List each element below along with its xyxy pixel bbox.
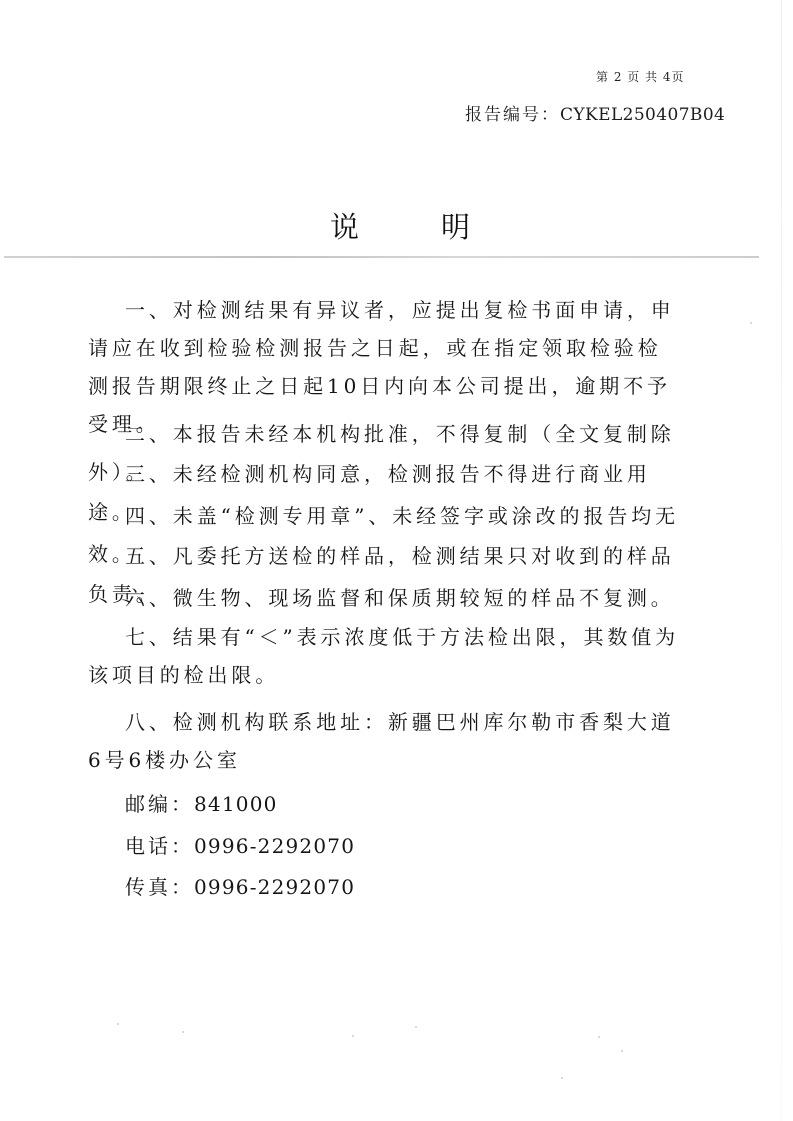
- scan-speck: [117, 1023, 119, 1025]
- title-char-2: 明: [441, 205, 470, 246]
- contact-phone: 电话：0996-2292070: [125, 830, 355, 859]
- scan-speck: [750, 322, 752, 324]
- fax-label: 传真：: [125, 875, 194, 899]
- page-title: 说 明: [330, 205, 470, 246]
- clause-6: 六、微生物、现场监督和保质期较短的样品不复测。: [88, 579, 680, 617]
- page-number: 第 2 页 共 4页: [596, 68, 685, 85]
- postcode-value: 841000: [194, 792, 278, 816]
- fax-value: 0996-2292070: [194, 875, 355, 899]
- postcode-label: 邮编：: [125, 792, 194, 816]
- contact-fax: 传真：0996-2292070: [125, 871, 355, 900]
- title-char-1: 说: [330, 205, 359, 246]
- report-number: 报告编号：CYKEL250407B04: [465, 100, 725, 125]
- phone-value: 0996-2292070: [194, 834, 355, 858]
- scan-speck: [415, 1026, 417, 1028]
- scan-speck: [182, 1031, 184, 1033]
- clause-8: 八、检测机构联系地址：新疆巴州库尔勒市香梨大道6号6楼办公室: [88, 703, 680, 779]
- scan-edge-shadow: [781, 0, 782, 1121]
- scan-speck: [561, 1077, 563, 1079]
- report-number-value: CYKEL250407B04: [560, 105, 725, 125]
- scan-speck: [598, 1036, 600, 1038]
- scan-speck: [621, 1050, 623, 1052]
- contact-postcode: 邮编：841000: [125, 788, 278, 817]
- clause-7: 七、结果有“＜”表示浓度低于方法检出限，其数值为该项目的检出限。: [88, 618, 680, 694]
- scan-speck: [352, 1035, 354, 1037]
- report-number-label: 报告编号：: [465, 105, 560, 125]
- phone-label: 电话：: [125, 834, 194, 858]
- title-divider: [4, 256, 759, 258]
